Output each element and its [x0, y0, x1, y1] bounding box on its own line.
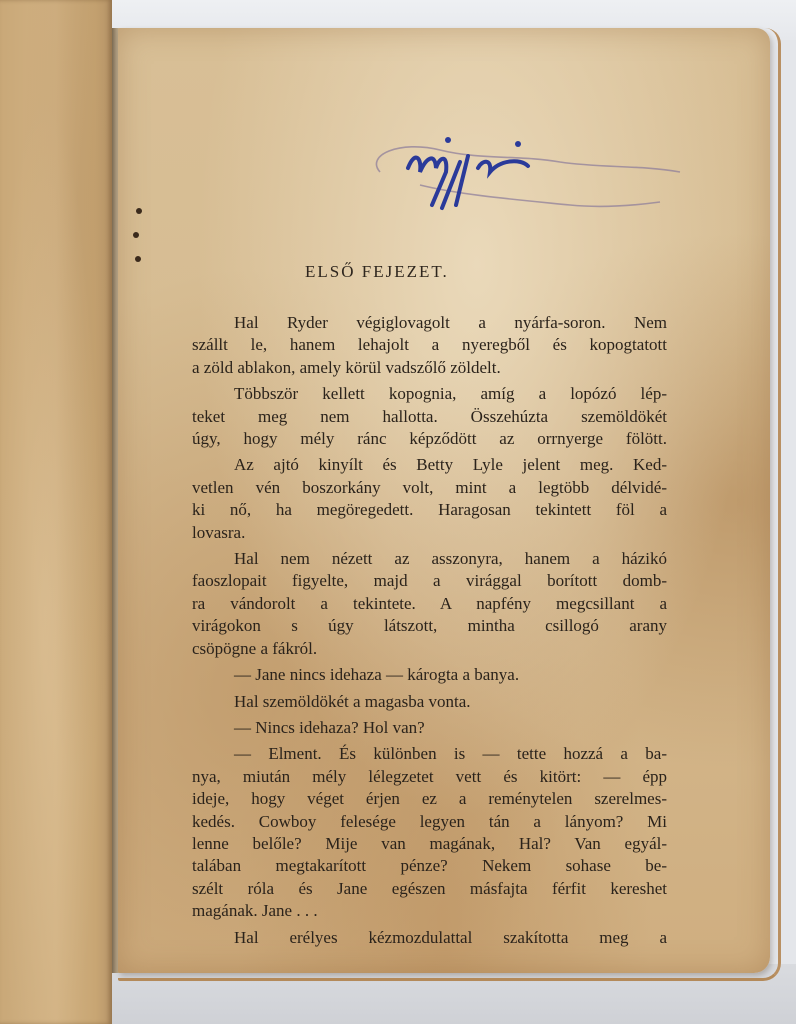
text-line: teket meg nem hallotta. Összehúzta szemö…	[192, 406, 667, 428]
chapter-title: ELSŐ FEJEZET.	[305, 262, 449, 282]
paragraph: — Jane nincs idehaza — károgta a banya.	[192, 664, 667, 686]
text-line: Többször kellett kopognia, amíg a lopózó…	[192, 383, 667, 405]
text-line: szállt le, hanem lehajolt a nyeregből és…	[192, 334, 667, 356]
text-line: csöpögne a fákról.	[192, 638, 667, 660]
text-line: talában megtakarított pénze? Nekem sohas…	[192, 855, 667, 877]
text-line: vetlen vén boszorkány volt, mint a legtö…	[192, 477, 667, 499]
binding-hole	[135, 256, 141, 262]
text-line: Hal erélyes kézmozdulattal szakította me…	[192, 927, 667, 949]
handwritten-signature	[360, 110, 700, 230]
text-line: — Elment. És különben is — tette hozzá a…	[192, 743, 667, 765]
paragraph: Hal nem nézett az asszonyra, hanem a ház…	[192, 548, 667, 660]
binding-hole	[133, 232, 139, 238]
text-line: Az ajtó kinyílt és Betty Lyle jelent meg…	[192, 454, 667, 476]
body-text: Hal Ryder végiglovagolt a nyárfa-soron. …	[192, 312, 667, 953]
paragraph: Hal szemöldökét a magasba vonta.	[192, 691, 667, 713]
text-line: virágokon s úgy látszott, mintha csillog…	[192, 615, 667, 637]
paragraph: Hal erélyes kézmozdulattal szakította me…	[192, 927, 667, 949]
binding-hole	[136, 208, 142, 214]
text-line: lenne belőle? Mije van magának, Hal? Van…	[192, 833, 667, 855]
text-line: magának. Jane . . .	[192, 900, 667, 922]
text-line: ki nő, ha megöregedett. Haragosan tekint…	[192, 499, 667, 521]
paragraph: Az ajtó kinyílt és Betty Lyle jelent meg…	[192, 454, 667, 544]
text-line: úgy, hogy mély ránc képződött az orrnyer…	[192, 428, 667, 450]
book-cover-left	[0, 0, 112, 1024]
text-line: Hal szemöldökét a magasba vonta.	[192, 691, 667, 713]
text-line: nya, miután mély lélegzetet vett és kitö…	[192, 766, 667, 788]
text-line: szélt róla és Jane egészen másfajta férf…	[192, 878, 667, 900]
text-line: Hal Ryder végiglovagolt a nyárfa-soron. …	[192, 312, 667, 334]
text-line: — Jane nincs idehaza — károgta a banya.	[192, 664, 667, 686]
text-line: kedés. Cowboy felesége legyen tán a lány…	[192, 811, 667, 833]
text-line: — Nincs idehaza? Hol van?	[192, 717, 667, 739]
paragraph: Többször kellett kopognia, amíg a lopózó…	[192, 383, 667, 450]
text-line: Hal nem nézett az asszonyra, hanem a ház…	[192, 548, 667, 570]
paragraph: — Elment. És különben is — tette hozzá a…	[192, 743, 667, 922]
background-bottom	[0, 964, 796, 1024]
paragraph: Hal Ryder végiglovagolt a nyárfa-soron. …	[192, 312, 667, 379]
text-line: a zöld ablakon, amely körül vadszőlő zöl…	[192, 357, 667, 379]
text-line: ideje, hogy véget érjen ez a reménytelen…	[192, 788, 667, 810]
paragraph: — Nincs idehaza? Hol van?	[192, 717, 667, 739]
text-line: ra vándorolt a tekintete. A napfény megc…	[192, 593, 667, 615]
text-line: lovasra.	[192, 522, 667, 544]
text-line: faoszlopait figyelte, majd a virággal bo…	[192, 570, 667, 592]
